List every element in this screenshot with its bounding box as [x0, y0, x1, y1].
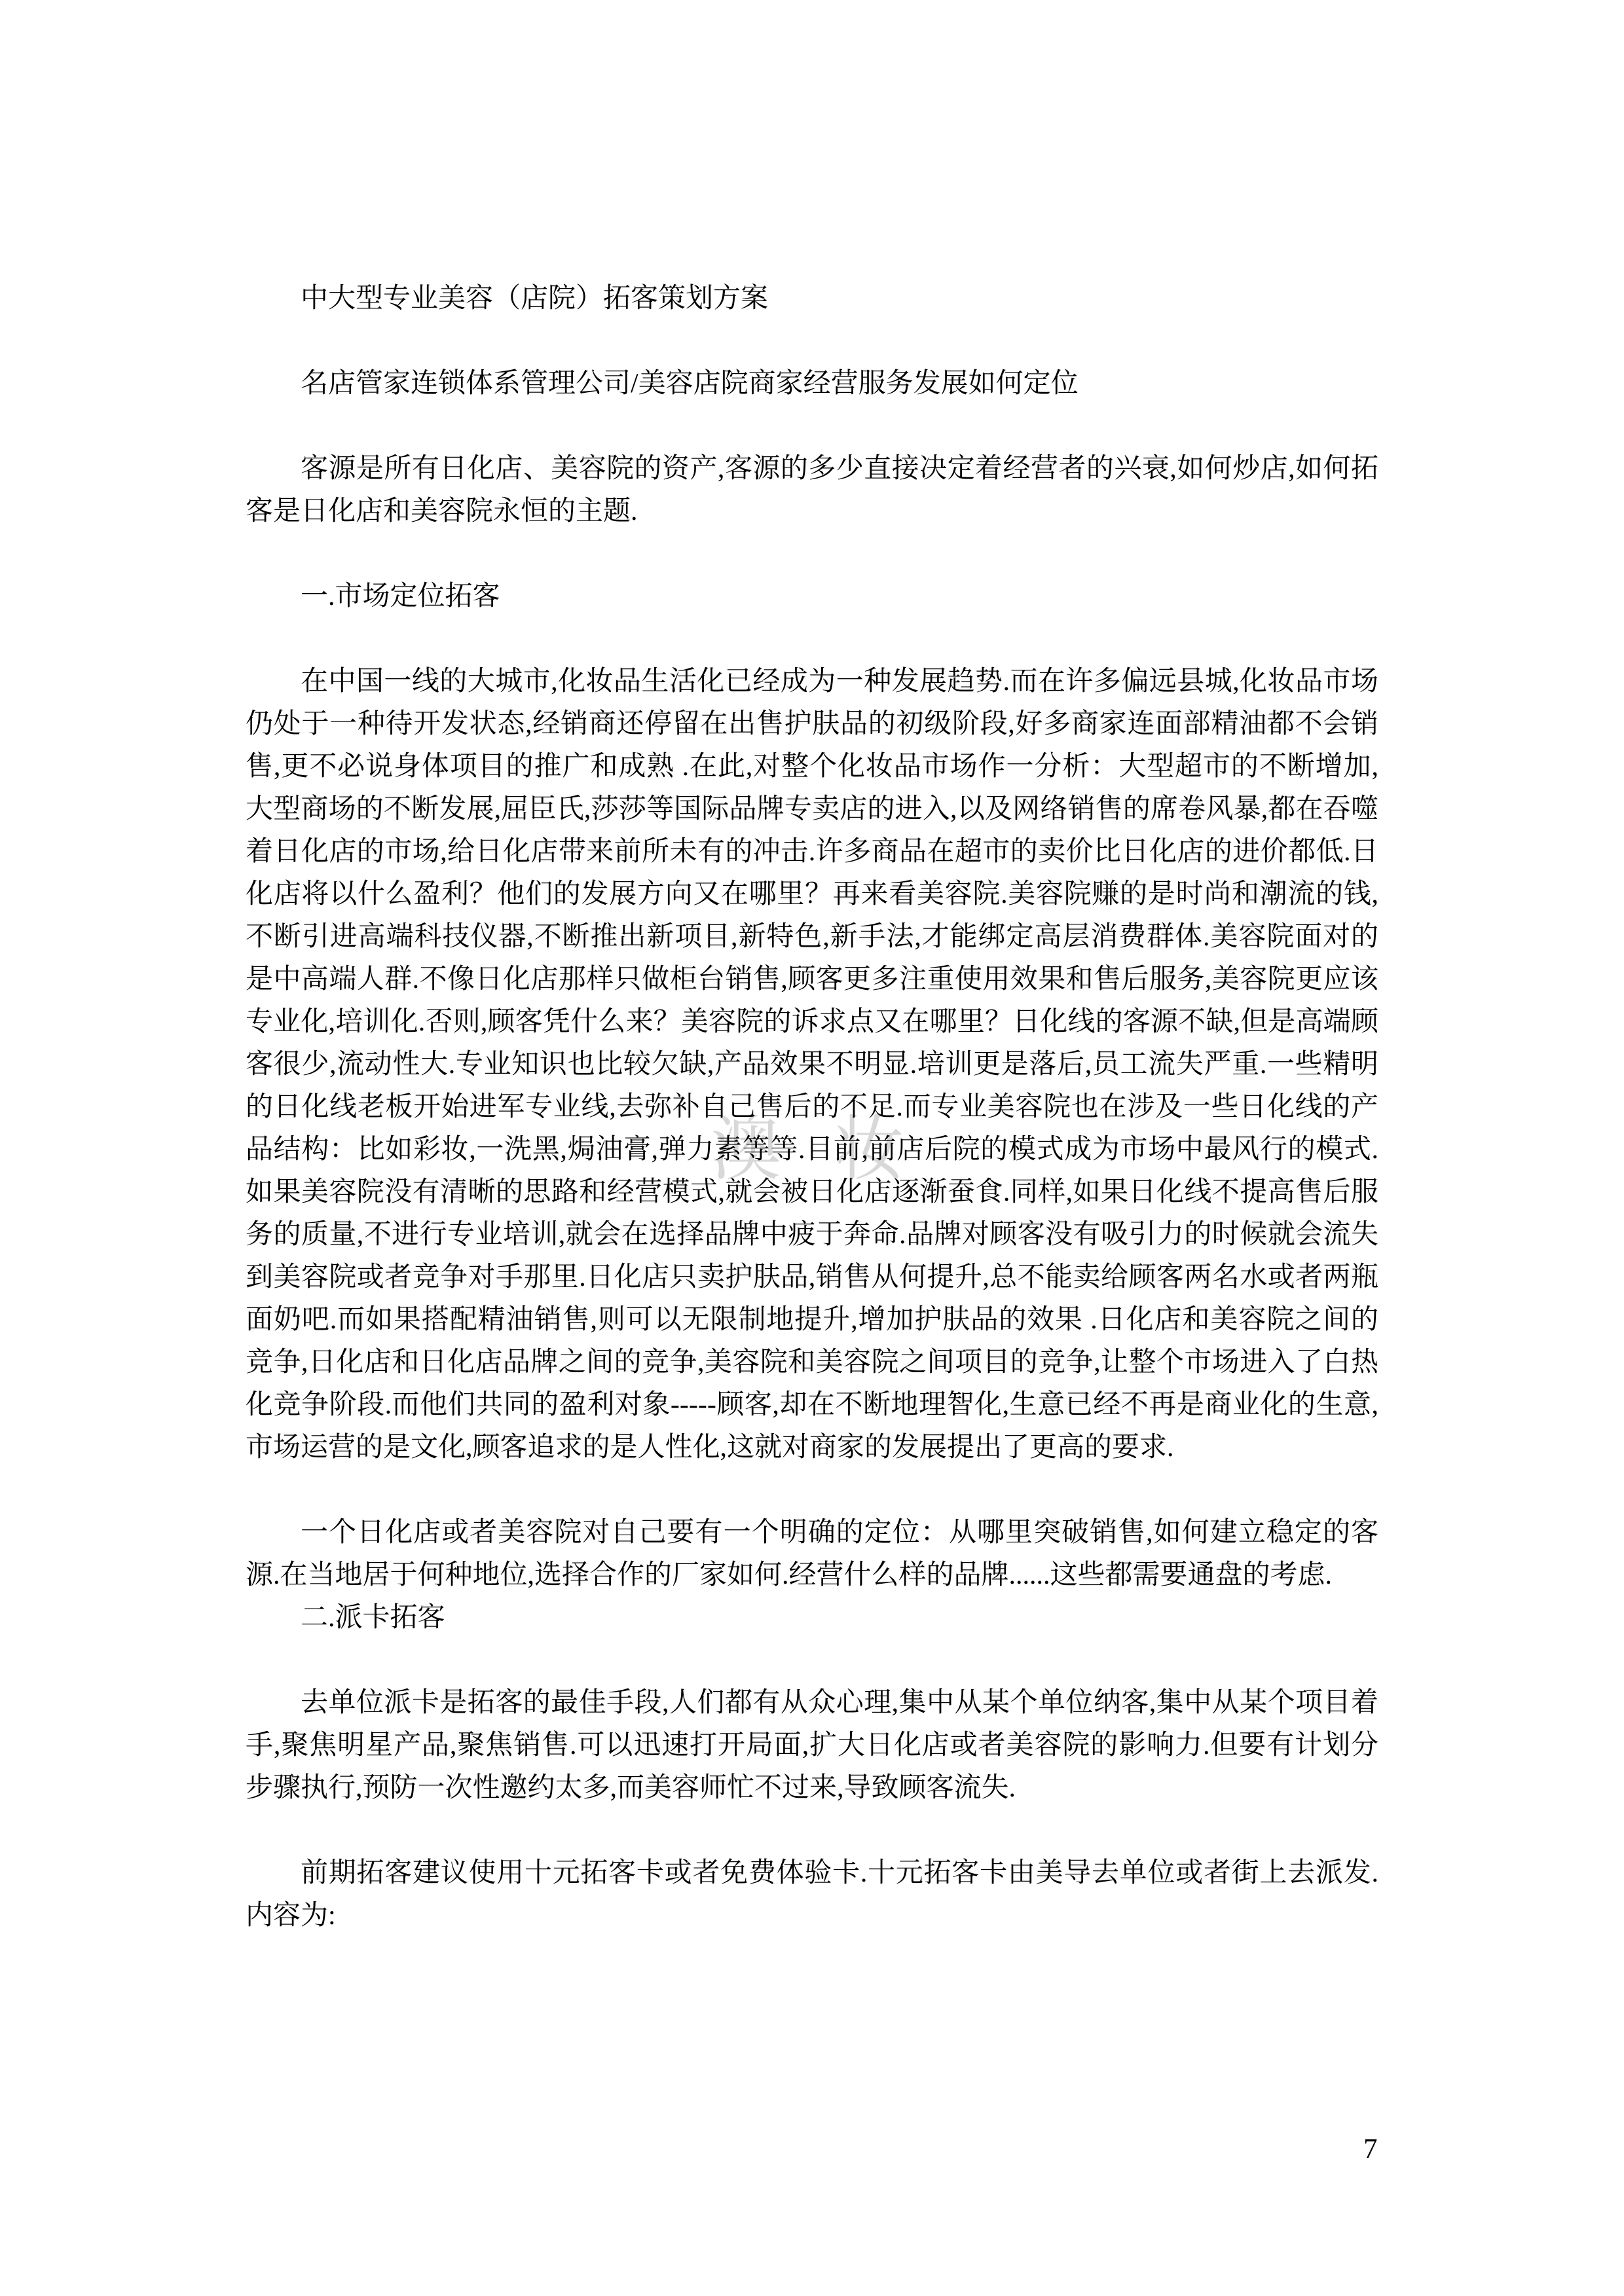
section2-heading: 二.派卡拓客 — [246, 1597, 1378, 1639]
document-subtitle: 名店管家连锁体系管理公司/美容店院商家经营服务发展如何定位 — [246, 363, 1378, 405]
section1-body-paragraph: 在中国一线的大城市,化妆品生活化已经成为一种发展趋势.而在许多偏远县城,化妆品市… — [246, 661, 1378, 1469]
section1-heading: 一.市场定位拓客 — [246, 575, 1378, 618]
document-content: 中大型专业美容（店院）拓客策划方案 名店管家连锁体系管理公司/美容店院商家经营服… — [246, 278, 1378, 1937]
spacer — [246, 618, 1378, 661]
section2-body-paragraph: 去单位派卡是拓客的最佳手段,人们都有从众心理,集中从某个单位纳客,集中从某个项目… — [246, 1682, 1378, 1810]
document-page: 澳妆 中大型专业美容（店院）拓客策划方案 名店管家连锁体系管理公司/美容店院商家… — [0, 0, 1624, 2296]
spacer — [246, 1810, 1378, 1852]
spacer — [246, 533, 1378, 575]
document-title: 中大型专业美容（店院）拓客策划方案 — [246, 278, 1378, 320]
spacer — [246, 1469, 1378, 1512]
spacer — [246, 1639, 1378, 1682]
spacer — [246, 320, 1378, 363]
spacer — [246, 405, 1378, 448]
page-number: 7 — [1363, 2128, 1378, 2170]
closing-paragraph: 前期拓客建议使用十元拓客卡或者免费体验卡.十元拓客卡由美导去单位或者街上去派发.… — [246, 1852, 1378, 1937]
intro-paragraph: 客源是所有日化店、美容院的资产,客源的多少直接决定着经营者的兴衰,如何炒店,如何… — [246, 448, 1378, 533]
positioning-paragraph: 一个日化店或者美容院对自己要有一个明确的定位：从哪里突破销售,如何建立稳定的客源… — [246, 1512, 1378, 1597]
